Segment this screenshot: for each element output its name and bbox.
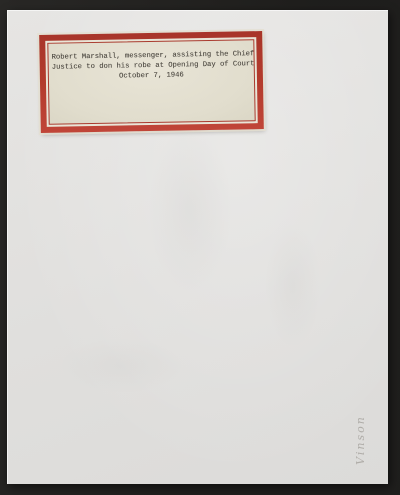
caption-label: Robert Marshall, messenger, assisting th…	[39, 31, 264, 133]
caption-label-border-gap: Robert Marshall, messenger, assisting th…	[45, 37, 257, 127]
document-page: Robert Marshall, messenger, assisting th…	[7, 10, 388, 484]
handwritten-annotation: Vinson	[354, 400, 374, 480]
caption-label-field: Robert Marshall, messenger, assisting th…	[47, 39, 255, 125]
photo-mount: Robert Marshall, messenger, assisting th…	[0, 0, 400, 495]
